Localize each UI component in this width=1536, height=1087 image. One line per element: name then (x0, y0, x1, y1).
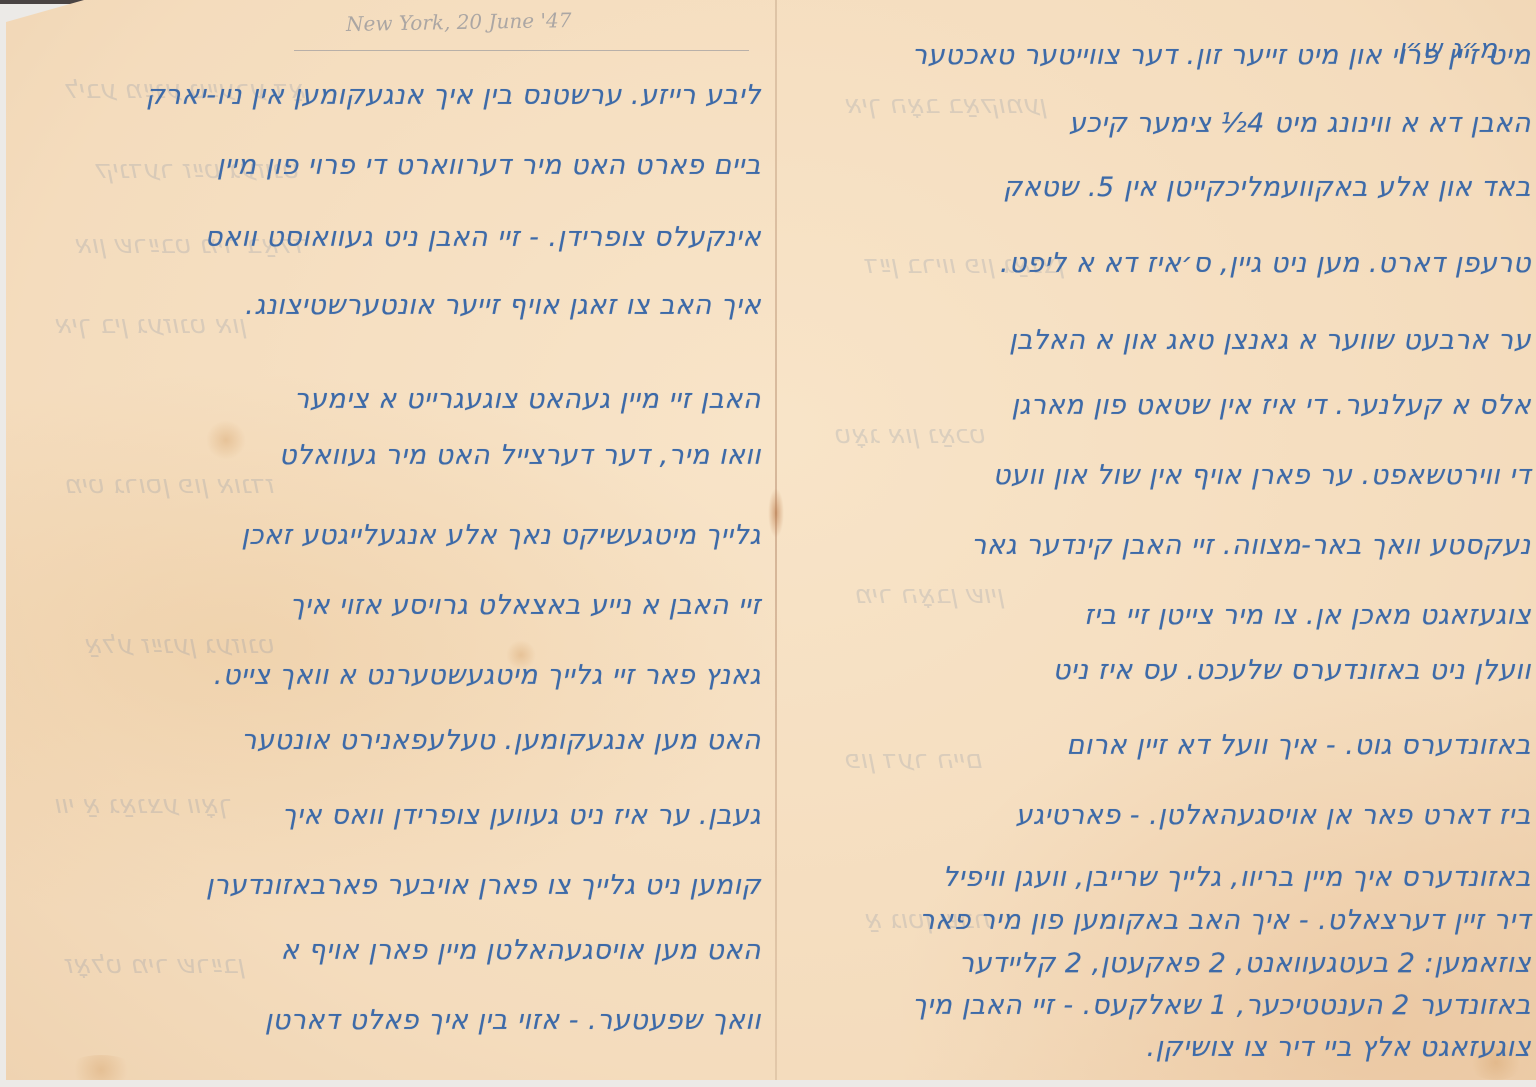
letter-line: צוגעזאגט מאכן אן. צו מיר צייטן זיי ביז (1084, 600, 1531, 631)
letter-line: געבן. ער איז ניט געווען צופרידן וואס איך (282, 800, 761, 831)
letter-line: ער ארבעט שווער א גאנצן טאג און א האלבן (1009, 325, 1531, 356)
letter-line: באזונדער 2 הענטטיכער, 1 שאלקעס. - זיי הא… (912, 990, 1531, 1021)
letter-line: וואך שפעטער. - אזוי בין איך פאלט דארטן (265, 1005, 761, 1036)
place-date-heading: New York, 20 June '47 (346, 8, 572, 36)
letter-line: ביים פארט האט מיר דערווארט די פרוי פון מ… (217, 150, 761, 181)
letter-line: די ווירטשאפט. ער פארן אויף אין שול און ו… (993, 460, 1531, 491)
water-stain (206, 420, 246, 460)
letter-line: האט מען אויסגעהאלטן מיין פארן אויף א (281, 935, 761, 966)
letter-line: גלייך מיטגעשיקט נאך אלע אנגעלייגטע זאכן (241, 520, 761, 551)
letter-line: ליבע רייזע. ערשטנס בין איך אנגעקומען אין… (146, 80, 761, 111)
fold-crease (775, 0, 777, 1080)
fold-stain (768, 488, 784, 538)
letter-line: באזונדערס גוט. - איך וועל דא זיין ארום (1066, 730, 1531, 761)
letter-line: גאנץ פאר זיי גלייך מיטגעשטערנט א וואך צי… (214, 660, 761, 691)
letter-line: וועלן ניט באזונדערס שלעכט. עס איז ניט (1053, 655, 1531, 686)
letter-line: נעקסטע וואך באר-מצווה. זיי האבן קינדער ג… (971, 530, 1531, 561)
letter-line: האבן דא א ווינונג מיט 4½ צימער קיכע (1069, 108, 1531, 139)
letter-line: צוגעזאגט אלץ ביי דיר צו צושיקן. (1146, 1032, 1531, 1063)
letter-paper: ליבע מײַנע טײַערע דאָ קינדער זײַט געזונט… (6, 0, 1536, 1080)
water-stain (66, 1055, 136, 1085)
letter-line: ביז דארט פאר אן אויסגעהאלטן. - פארטיגע (1015, 800, 1531, 831)
letter-line: באזונדערס איך מיין בריוו, גלייך שרייבן, … (943, 862, 1531, 893)
letter-line: זיי האבן א נייע באצאלט גרויסע אזוי איך (290, 590, 761, 621)
letter-line: איך האב צו זאגן אויף זייער אונטערשטיצונג… (245, 290, 761, 321)
letter-line: טרעפן דארט. מען ניט גיין, ס׳איז דא א ליפ… (1000, 248, 1531, 279)
letter-line: האט מען אנגעקומען. טעלעפאנירט אונטער (241, 725, 761, 756)
letter-line: דיר זיין דערצאלט. - איך האב באקומען פון … (919, 905, 1531, 936)
letter-line: וואו מיר, דער דערצייל האט מיר געוואלט (279, 440, 761, 471)
letter-line: צוזאמען: 2 בעטגעוואנט, 2 פאקעטן, 2 קלייד… (959, 948, 1531, 979)
letter-line: אינקעלס צופרידן. - זיי האבן ניט געוואוסט… (205, 222, 761, 253)
letter-line: קומען ניט גלייך צו פארן אויבער פארבאזונד… (206, 870, 761, 901)
letter-line: באד און אלע באקוועמליכקייטן אין 5. שטאק (1003, 172, 1531, 203)
letter-line: מיט זיין פרוי און מיט זייער זון. דער צוו… (912, 40, 1531, 71)
letter-line: האבן זיי מיין געהאט צוגעגרייט א צימער (294, 384, 761, 415)
heading-underline (294, 50, 749, 51)
letter-line: אלס א קעלנער. די איז אין שטאט פון מארגן (1011, 390, 1531, 421)
